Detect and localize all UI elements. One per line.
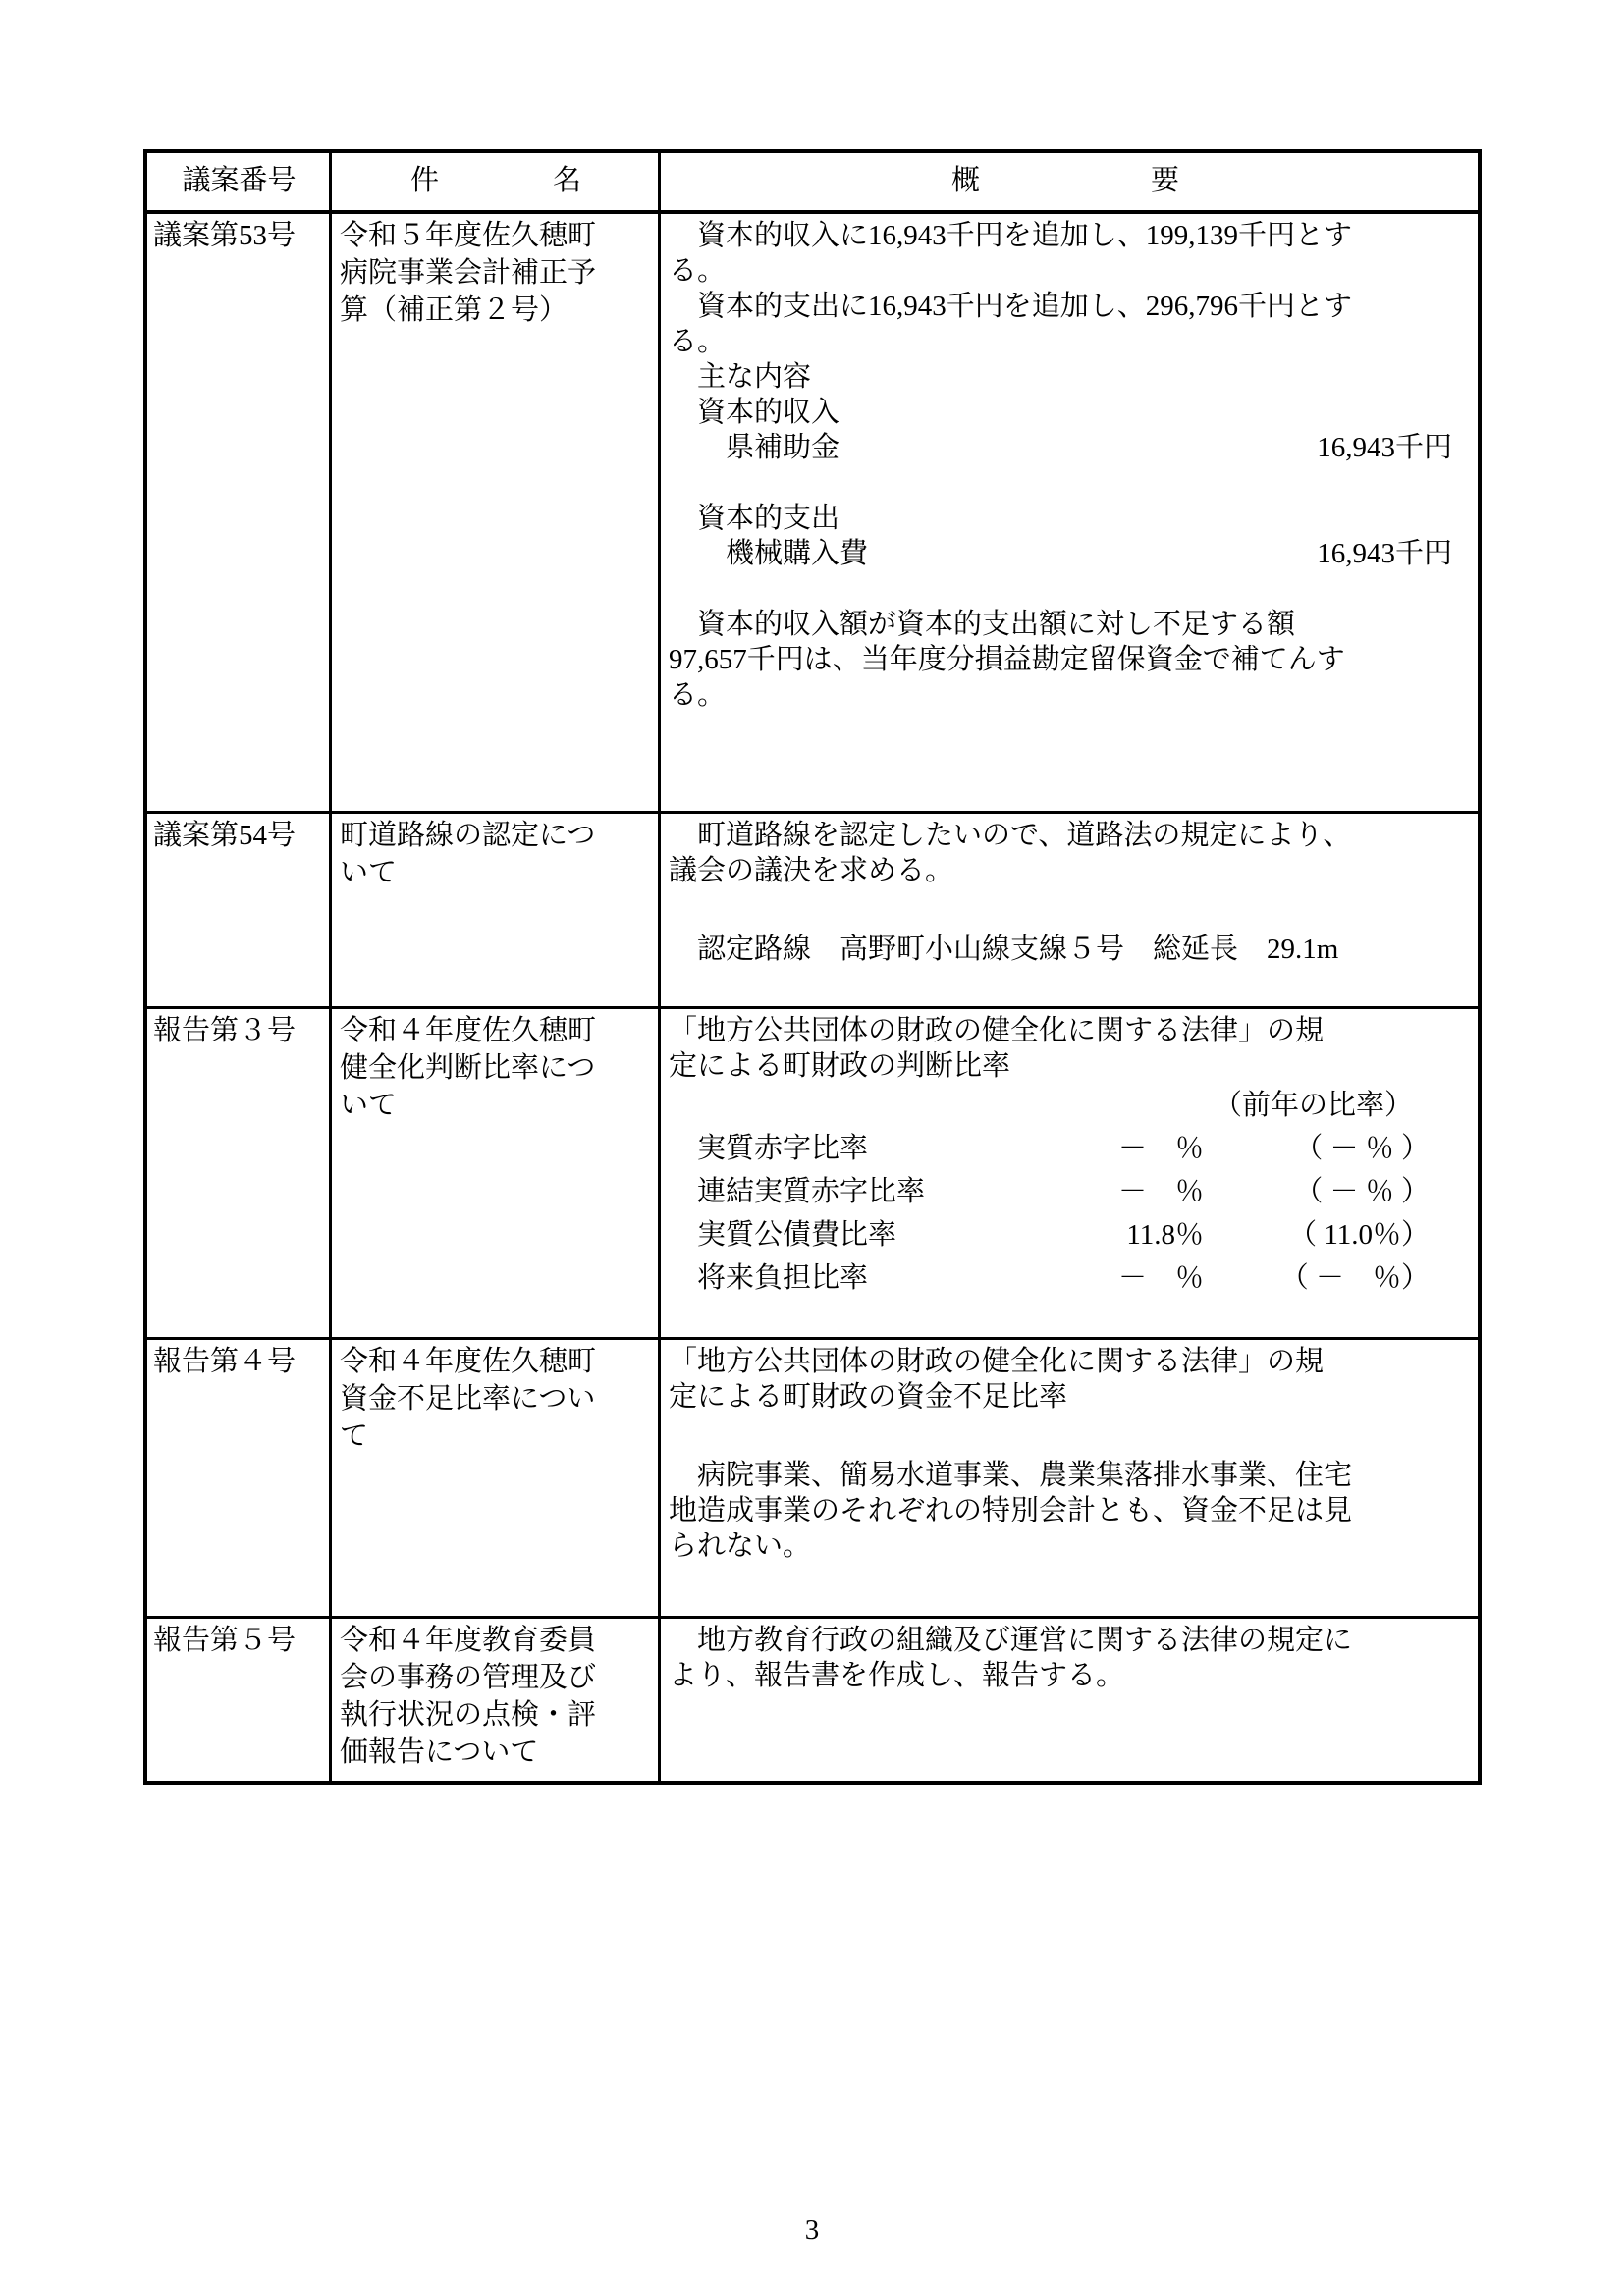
bill-number-cell: 議案第54号 xyxy=(147,814,332,1006)
ratio-label: 実質公債費比率 xyxy=(669,1213,1002,1256)
bill-number-cell: 議案第53号 xyxy=(147,214,332,811)
ratio-value: － ％ xyxy=(1002,1127,1204,1170)
capital-income-heading: 資本的収入 xyxy=(669,395,1462,430)
summary-line: 議会の議決を求める。 xyxy=(669,853,1462,888)
bill-title-cell: 令和５年度佐久穂町 病院事業会計補正予 算（補正第２号） xyxy=(332,214,661,811)
document-page: 議案番号 件 名 概 要 議案第53号 令和５年度佐久穂町 病院事業会計補正予 … xyxy=(0,0,1624,2296)
route-line: 認定路線 高野町小山線支線５号 総延長 29.1m xyxy=(669,932,1462,967)
summary-line: 病院事業、簡易水道事業、農業集落排水事業、住宅 xyxy=(669,1458,1462,1493)
bill-title-cell: 令和４年度佐久穂町 健全化判断比率につ いて xyxy=(332,1009,661,1337)
header-summary: 概 要 xyxy=(661,153,1478,210)
header-title: 件 名 xyxy=(332,153,661,210)
main-content-heading: 主な内容 xyxy=(669,359,1462,395)
bill-title-line: いて xyxy=(340,854,652,891)
summary-line: 地造成事業のそれぞれの特別会計とも、資金不足は見 xyxy=(669,1493,1462,1528)
header-bill-number: 議案番号 xyxy=(147,153,332,210)
summary-line: 資本的支出に16,943千円を追加し、296,796千円とす xyxy=(669,289,1462,324)
blank-line xyxy=(669,465,1462,501)
ratio-label: 実質赤字比率 xyxy=(669,1127,1002,1170)
bill-number: 議案第53号 xyxy=(153,217,325,254)
bill-summary-cell: 「地方公共団体の財政の健全化に関する法律」の規 定による町財政の判断比率 （前年… xyxy=(661,1009,1478,1337)
bill-title-line: 令和４年度佐久穂町 xyxy=(340,1343,652,1380)
bill-summary-cell: 「地方公共団体の財政の健全化に関する法律」の規 定による町財政の資金不足比率 病… xyxy=(661,1340,1478,1616)
bill-title-line: いて xyxy=(340,1087,652,1124)
bill-number: 報告第５号 xyxy=(153,1622,325,1659)
bill-number-cell: 報告第５号 xyxy=(147,1619,332,1781)
agenda-summary-table: 議案番号 件 名 概 要 議案第53号 令和５年度佐久穂町 病院事業会計補正予 … xyxy=(143,149,1482,1785)
table-header-row: 議案番号 件 名 概 要 xyxy=(147,153,1478,210)
summary-line: 「地方公共団体の財政の健全化に関する法律」の規 xyxy=(669,1344,1462,1379)
summary-line: 「地方公共団体の財政の健全化に関する法律」の規 xyxy=(669,1013,1462,1048)
summary-line: 定による町財政の資金不足比率 xyxy=(669,1379,1462,1415)
ratio-row-future-burden: 将来負担比率 － ％ （ － ％） xyxy=(669,1256,1462,1300)
summary-line: る。 xyxy=(669,253,1462,289)
bill-title-cell: 町道路線の認定につ いて xyxy=(332,814,661,1006)
ratio-prev-value: （ 11.0％） xyxy=(1204,1213,1430,1256)
bill-title-line: 令和５年度佐久穂町 xyxy=(340,217,652,254)
table-row-bill-53: 議案第53号 令和５年度佐久穂町 病院事業会計補正予 算（補正第２号） 資本的収… xyxy=(147,210,1478,811)
ratio-row-debt-service: 実質公債費比率 11.8％ （ 11.0％） xyxy=(669,1213,1462,1256)
bill-summary-cell: 資本的収入に16,943千円を追加し、199,139千円とす る。 資本的支出に… xyxy=(661,214,1478,811)
ratio-prev-value: （ － ％ ） xyxy=(1204,1127,1430,1170)
ratio-row-real-deficit: 実質赤字比率 － ％ （ － ％ ） xyxy=(669,1127,1462,1170)
bill-title-line: 資金不足比率につい xyxy=(340,1380,652,1417)
bill-title-line: 病院事業会計補正予 xyxy=(340,254,652,292)
capital-expense-heading: 資本的支出 xyxy=(669,501,1462,536)
bill-number-cell: 報告第４号 xyxy=(147,1340,332,1616)
bill-title-line: 会の事務の管理及び xyxy=(340,1659,652,1696)
ratio-row-consolidated-deficit: 連結実質赤字比率 － ％ （ － ％ ） xyxy=(669,1170,1462,1213)
ratio-prev-value: （ － ％） xyxy=(1204,1256,1430,1300)
blank-line xyxy=(669,1415,1462,1458)
bill-title-line: て xyxy=(340,1417,652,1455)
bill-title-cell: 令和４年度教育委員 会の事務の管理及び 執行状況の点検・評 価報告について xyxy=(332,1619,661,1781)
table-row-report-3: 報告第３号 令和４年度佐久穂町 健全化判断比率につ いて 「地方公共団体の財政の… xyxy=(147,1006,1478,1337)
ratio-label: 連結実質赤字比率 xyxy=(669,1170,1002,1213)
bill-number: 報告第４号 xyxy=(153,1343,325,1380)
summary-line: られない。 xyxy=(669,1528,1462,1564)
expense-item-line: 機械購入費 16,943千円 xyxy=(669,536,1462,571)
income-item-line: 県補助金 16,943千円 xyxy=(669,430,1462,465)
summary-line: る。 xyxy=(669,324,1462,359)
ratio-value: 11.8％ xyxy=(1002,1213,1204,1256)
bill-title-cell: 令和４年度佐久穂町 資金不足比率につい て xyxy=(332,1340,661,1616)
summary-line: 町道路線を認定したいので、道路法の規定により、 xyxy=(669,818,1462,853)
summary-line: 資本的収入に16,943千円を追加し、199,139千円とす xyxy=(669,218,1462,253)
bill-title-line: 健全化判断比率につ xyxy=(340,1049,652,1087)
bill-number-cell: 報告第３号 xyxy=(147,1009,332,1337)
expense-item-label: 機械購入費 xyxy=(669,536,868,571)
table-row-report-5: 報告第５号 令和４年度教育委員 会の事務の管理及び 執行状況の点検・評 価報告に… xyxy=(147,1616,1478,1781)
income-item-amount: 16,943千円 xyxy=(1317,430,1452,465)
bill-summary-cell: 地方教育行政の組織及び運営に関する法律の規定に より、報告書を作成し、報告する。 xyxy=(661,1619,1478,1781)
ratio-value: － ％ xyxy=(1002,1256,1204,1300)
summary-line: 地方教育行政の組織及び運営に関する法律の規定に xyxy=(669,1623,1462,1658)
expense-item-amount: 16,943千円 xyxy=(1317,536,1452,571)
ratio-value: － ％ xyxy=(1002,1170,1204,1213)
income-item-label: 県補助金 xyxy=(669,430,839,465)
closing-line: る。 xyxy=(669,677,1462,713)
summary-line: より、報告書を作成し、報告する。 xyxy=(669,1658,1462,1693)
page-number: 3 xyxy=(0,2211,1624,2250)
previous-year-note: （前年の比率） xyxy=(669,1084,1462,1127)
summary-line: 定による町財政の判断比率 xyxy=(669,1048,1462,1084)
ratio-label: 将来負担比率 xyxy=(669,1256,1002,1300)
bill-number: 議案第54号 xyxy=(153,817,325,854)
bill-title-line: 価報告について xyxy=(340,1734,652,1771)
bill-title-line: 算（補正第２号） xyxy=(340,292,652,329)
blank-line xyxy=(669,888,1462,932)
blank-line xyxy=(669,571,1462,607)
bill-summary-cell: 町道路線を認定したいので、道路法の規定により、 議会の議決を求める。 認定路線 … xyxy=(661,814,1478,1006)
bill-number: 報告第３号 xyxy=(153,1012,325,1049)
bill-title-line: 町道路線の認定につ xyxy=(340,817,652,854)
bill-title-line: 執行状況の点検・評 xyxy=(340,1696,652,1734)
bill-title-line: 令和４年度教育委員 xyxy=(340,1622,652,1659)
ratio-prev-value: （ － ％ ） xyxy=(1204,1170,1430,1213)
table-row-report-4: 報告第４号 令和４年度佐久穂町 資金不足比率につい て 「地方公共団体の財政の健… xyxy=(147,1337,1478,1616)
closing-line: 資本的収入額が資本的支出額に対し不足する額 xyxy=(669,607,1462,642)
closing-line: 97,657千円は、当年度分損益勘定留保資金で補てんす xyxy=(669,642,1462,677)
bill-title-line: 令和４年度佐久穂町 xyxy=(340,1012,652,1049)
table-row-bill-54: 議案第54号 町道路線の認定につ いて 町道路線を認定したいので、道路法の規定に… xyxy=(147,811,1478,1006)
